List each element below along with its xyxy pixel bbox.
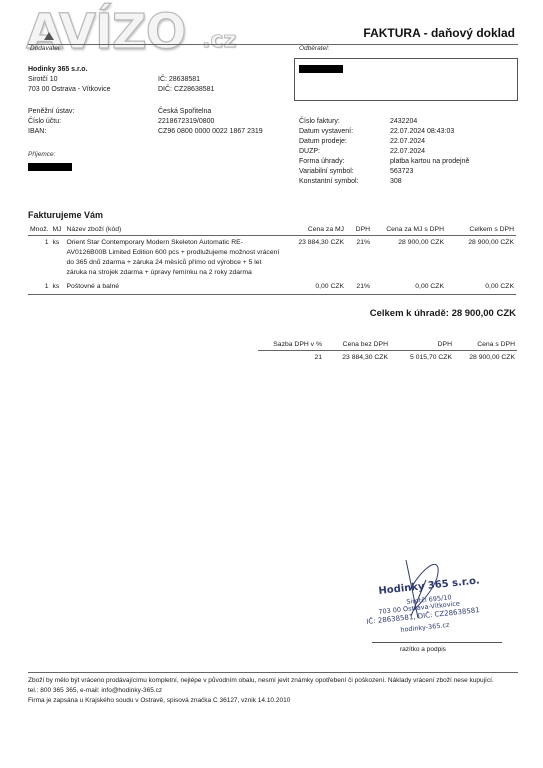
vat-col-rate: Sazba DPH v % bbox=[258, 340, 324, 351]
vat-header-row: Sazba DPH v % Cena bez DPH DPH Cena s DP… bbox=[258, 340, 517, 351]
item-unit-price: 0,00 CZK bbox=[282, 280, 346, 295]
info-label-5: Variabilní symbol: bbox=[299, 167, 354, 177]
customer-redaction bbox=[299, 65, 343, 73]
logo-triangle-icon bbox=[44, 32, 54, 40]
vat-summary-table: Sazba DPH v % Cena bez DPH DPH Cena s DP… bbox=[258, 340, 517, 364]
item-qty: 1 bbox=[28, 236, 51, 281]
supplier-street: Sirotčí 10 bbox=[28, 75, 58, 85]
company-stamp: Hodinky 365 s.r.o. Sirotčí 695/10 703 00… bbox=[366, 560, 516, 640]
item-total-vat: 0,00 CZK bbox=[446, 280, 516, 295]
item-name: Orient Star Contemporary Modern Skeleton… bbox=[65, 236, 283, 281]
info-label-4: Forma úhrady: bbox=[299, 157, 345, 167]
col-unit-price-vat: Cena za MJ s DPH bbox=[372, 225, 446, 236]
table-row: 21 23 884,30 CZK 5 015,70 CZK 28 900,00 … bbox=[258, 351, 517, 365]
item-unit: ks bbox=[51, 280, 65, 295]
document-title: FAKTURA - daňový doklad bbox=[363, 26, 515, 40]
vat-total: 28 900,00 CZK bbox=[454, 351, 517, 365]
supplier-city: 703 00 Ostrava - Vítkovice bbox=[28, 85, 110, 95]
item-qty: 1 bbox=[28, 280, 51, 295]
items-section-title: Fakturujeme Vám bbox=[28, 210, 103, 220]
vat-base: 23 884,30 CZK bbox=[324, 351, 390, 365]
customer-box bbox=[294, 58, 518, 101]
logo-suffix: .cz bbox=[202, 30, 236, 52]
info-value-5: 563723 bbox=[390, 167, 413, 177]
vat-col-base: Cena bez DPH bbox=[324, 340, 390, 351]
footer-returns-note: Zboží by mělo být vráceno prodávajícímu … bbox=[28, 676, 518, 686]
info-value-4: platba kartou na prodejně bbox=[390, 157, 469, 167]
vat-col-vat: DPH bbox=[390, 340, 454, 351]
col-total-vat: Celkem s DPH bbox=[446, 225, 516, 236]
info-label-0: Číslo faktury: bbox=[299, 117, 340, 127]
recipient-label: Příjemce: bbox=[28, 151, 55, 158]
customer-label: Odběratel: bbox=[299, 45, 329, 52]
item-vat: 21% bbox=[346, 236, 372, 281]
supplier-dic: DIČ: CZ28638581 bbox=[158, 85, 214, 95]
vat-rate: 21 bbox=[258, 351, 324, 365]
col-unit-price: Cena za MJ bbox=[282, 225, 346, 236]
total-due: Celkem k úhradě: 28 900,00 CZK bbox=[370, 308, 516, 319]
item-unit: ks bbox=[51, 236, 65, 281]
bank-value-0: Česká Spořitelna bbox=[158, 107, 211, 117]
supplier-ic: IČ: 28638581 bbox=[158, 75, 200, 85]
items-table: Množ. MJ Název zboží (kód) Cena za MJ DP… bbox=[28, 225, 516, 295]
col-unit: MJ bbox=[51, 225, 65, 236]
table-row: 1 ks Orient Star Contemporary Modern Ske… bbox=[28, 236, 516, 281]
item-name: Poštovné a balné bbox=[65, 280, 283, 295]
info-value-3: 22.07.2024 bbox=[390, 147, 425, 157]
info-value-2: 22.07.2024 bbox=[390, 137, 425, 147]
col-vat: DPH bbox=[346, 225, 372, 236]
footer-divider bbox=[28, 672, 518, 673]
item-total-vat: 28 900,00 CZK bbox=[446, 236, 516, 281]
info-label-6: Konstantní symbol: bbox=[299, 177, 359, 187]
vat-col-total: Cena s DPH bbox=[454, 340, 517, 351]
bank-label-1: Číslo účtu: bbox=[28, 117, 61, 127]
supplier-label: Dodavatel: bbox=[30, 45, 61, 52]
footer-contact: tel.: 800 365 365, e-mail: info@hodinky-… bbox=[28, 686, 518, 696]
info-value-1: 22.07.2024 08:43:03 bbox=[390, 127, 454, 137]
item-unit-price-vat: 0,00 CZK bbox=[372, 280, 446, 295]
signature-line bbox=[372, 642, 502, 643]
footer-registration: Firma je zapsána u Krajského soudu v Ost… bbox=[28, 696, 518, 706]
item-unit-price: 23 884,30 CZK bbox=[282, 236, 346, 281]
info-value-0: 2432204 bbox=[390, 117, 417, 127]
item-vat: 21% bbox=[346, 280, 372, 295]
info-label-2: Datum prodeje: bbox=[299, 137, 347, 147]
signature-label: razítko a podpis bbox=[400, 646, 446, 653]
vat-amount: 5 015,70 CZK bbox=[390, 351, 454, 365]
bank-label-0: Peněžní ústav: bbox=[28, 107, 74, 117]
items-header-row: Množ. MJ Název zboží (kód) Cena za MJ DP… bbox=[28, 225, 516, 236]
header-divider bbox=[28, 44, 518, 45]
supplier-name: Hodinky 365 s.r.o. bbox=[28, 65, 88, 75]
item-unit-price-vat: 28 900,00 CZK bbox=[372, 236, 446, 281]
footer: Zboží by mělo být vráceno prodávajícímu … bbox=[28, 676, 518, 706]
info-label-3: DUZP: bbox=[299, 147, 320, 157]
table-row: 1 ks Poštovné a balné 0,00 CZK 21% 0,00 … bbox=[28, 280, 516, 295]
col-qty: Množ. bbox=[28, 225, 51, 236]
bank-label-2: IBAN: bbox=[28, 127, 46, 137]
recipient-redaction bbox=[28, 163, 72, 171]
info-value-6: 308 bbox=[390, 177, 402, 187]
col-name: Název zboží (kód) bbox=[65, 225, 283, 236]
info-label-1: Datum vystavení: bbox=[299, 127, 353, 137]
bank-value-2: CZ96 0800 0000 0022 1867 2319 bbox=[158, 127, 263, 137]
bank-value-1: 2218672319/0800 bbox=[158, 117, 214, 127]
